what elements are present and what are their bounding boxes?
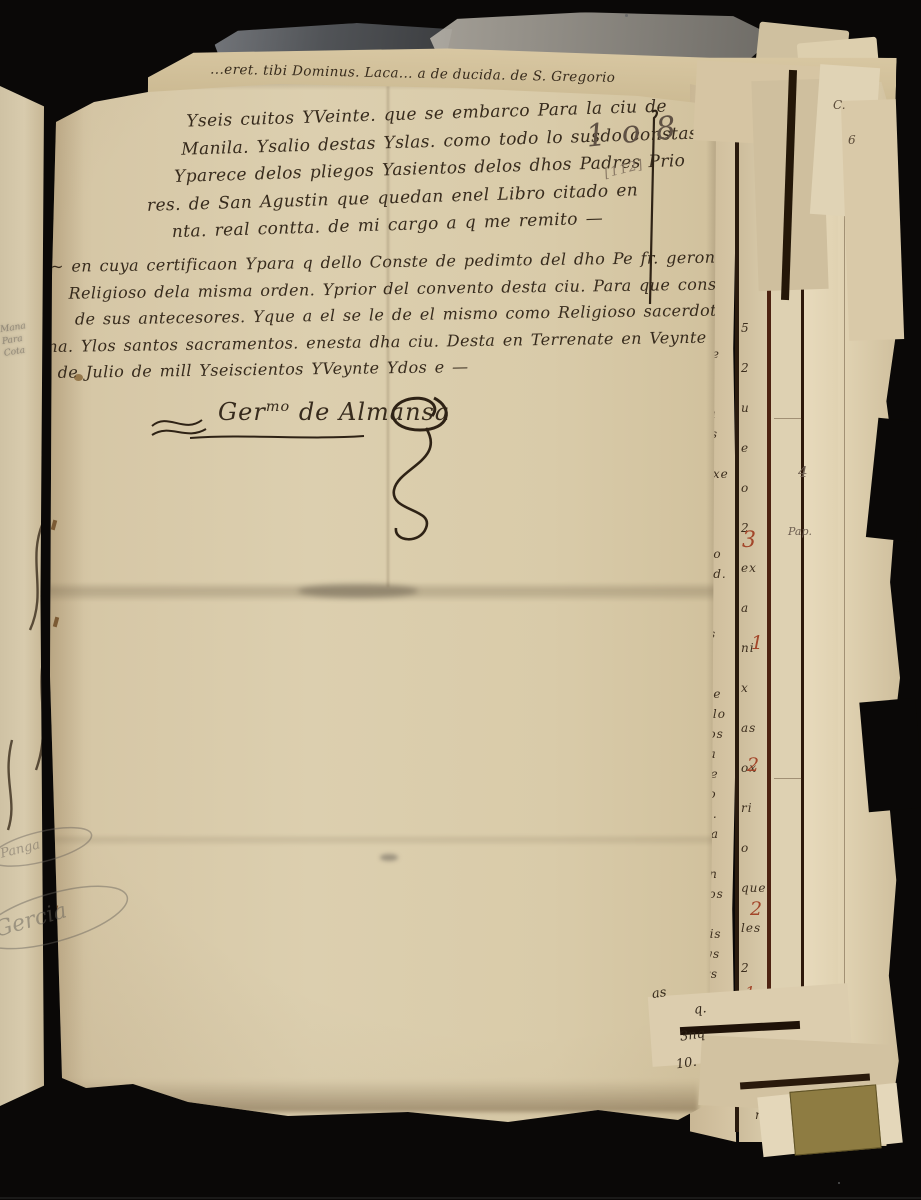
manuscript-scan: ...eret. tibi Dominus. Laca... a de duci… — [0, 0, 921, 1200]
horizontal-crease — [38, 834, 722, 846]
ink-smudge — [380, 854, 398, 861]
crumple-top-right: C. 6 — [695, 70, 917, 340]
torn-word-fragment: q. — [693, 1001, 707, 1018]
signature-superscript: mo — [266, 399, 290, 415]
torn-word-fragment: e — [741, 428, 767, 468]
torn-word-fragment: o — [741, 468, 767, 508]
show-through-circled-a: Panga — [0, 837, 42, 861]
crumple-bottom-right: as q. 3nq 10. — [640, 980, 910, 1170]
folio-mark-red: 2 — [747, 754, 759, 776]
bottom-edge-grime — [58, 1080, 698, 1112]
fold-line — [774, 418, 802, 419]
torn-word-fragment: a — [741, 588, 767, 628]
torn-word-fragment: 10. — [675, 1055, 698, 1073]
dust-speck — [838, 1182, 840, 1184]
show-through-circled-b: Gercia — [0, 898, 70, 942]
torn-word-fragment: u — [741, 388, 767, 428]
torn-word-fragment: o — [741, 828, 767, 868]
torn-word-fragment: x — [741, 668, 767, 708]
paragraph-1: Yseis cuitos YVeinte. que se embarco Par… — [142, 94, 666, 248]
parchment-fragment — [789, 1084, 881, 1155]
main-page: Yseis cuitos YVeinte. que se embarco Par… — [38, 76, 722, 1148]
folio-mark-gray: 4 — [798, 463, 808, 481]
dust-speck — [625, 14, 628, 17]
signature-rubric — [350, 390, 460, 550]
torn-word-fragment: 2 — [741, 348, 767, 388]
crease-grime — [298, 584, 418, 598]
signature-underline — [188, 432, 368, 444]
folio-mark-red: 3 — [742, 528, 756, 553]
gutter-shading — [38, 76, 84, 1148]
edge-notch — [859, 698, 921, 812]
torn-word-fragment: ri — [741, 788, 767, 828]
scanner-edge-line — [0, 1197, 921, 1199]
signature-prefix: Ger — [218, 398, 266, 426]
torn-word-fragment: as — [651, 985, 667, 1002]
folio-mark-red: 1 — [751, 632, 763, 654]
folio-mark-gray: Pap. — [788, 525, 812, 538]
stain — [46, 348, 51, 353]
torn-word-fragment: ex — [741, 548, 767, 588]
folio-mark-red: 2 — [750, 898, 762, 920]
fold-line — [774, 778, 802, 779]
corner-mark: 6 — [848, 133, 856, 147]
show-through-block: ManaParaCota — [0, 320, 30, 360]
torn-word-fragment: as — [741, 708, 767, 748]
paragraph-2: ~ en cuya certificaon Ypara q dello Cons… — [46, 245, 720, 387]
header-text-fragment: ...eret. tibi Dominus. Laca... a de duci… — [210, 61, 615, 85]
corner-mark: C. — [833, 98, 846, 112]
